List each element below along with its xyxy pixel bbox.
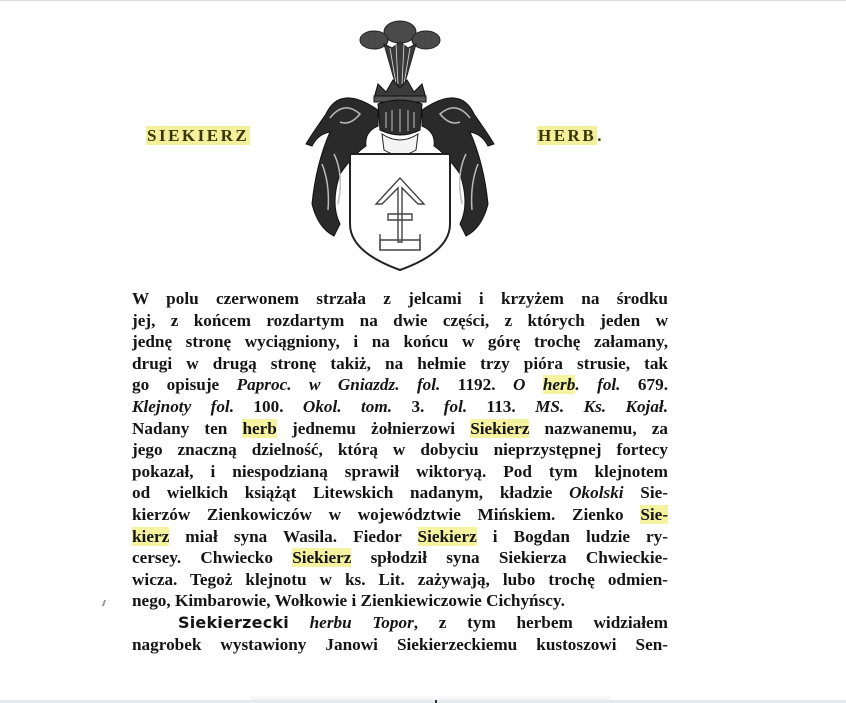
text-line: nego, Kimbarowie, Wołkowie i Zienkiewicz… bbox=[132, 590, 668, 612]
text-segment: spłodził syna Siekierza Chwieckie- bbox=[351, 548, 668, 567]
text-line: pokazał, i niespodzianą sprawił wiktoryą… bbox=[132, 461, 668, 483]
text-segment: i Bogdan ludzie ry- bbox=[477, 527, 668, 546]
text-segment: jednemu żołnierzowi bbox=[277, 419, 470, 438]
text-segment: 100. bbox=[234, 397, 303, 416]
margin-speck bbox=[102, 600, 106, 606]
search-highlight: Siekierz bbox=[418, 527, 477, 546]
text-segment: 679. bbox=[620, 375, 668, 394]
text-line: cersey. Chwiecko Siekierz spłodził syna … bbox=[132, 547, 668, 569]
text-segment: drugi w drugą stronę takiż, na hełmie tr… bbox=[132, 354, 668, 373]
text-segment: kierzów Zienkowiczów w województwie Mińs… bbox=[132, 505, 640, 524]
italic-citation: Klejnoty fol. bbox=[132, 397, 234, 416]
text-segment: cersey. Chwiecko bbox=[132, 548, 292, 567]
italic-citation: Paproc. w Gniazdz. fol. bbox=[237, 375, 441, 394]
text-segment: nazwanemu, za bbox=[529, 419, 668, 438]
text-line: go opisuje Paproc. w Gniazdz. fol. 1192.… bbox=[132, 374, 668, 396]
search-highlight: Siekierz bbox=[292, 548, 351, 567]
text-segment: od wielkich książąt Litewskich nadanym, … bbox=[132, 483, 569, 502]
text-segment: Sie- bbox=[624, 483, 668, 502]
search-highlight: SIEKIERZ bbox=[146, 126, 250, 145]
italic-citation: Okol. tom. bbox=[303, 397, 392, 416]
search-highlight: kierz bbox=[132, 527, 169, 546]
heading-herb: HERB. bbox=[537, 126, 604, 146]
text-segment: 113. bbox=[467, 397, 535, 416]
text-segment: 3. bbox=[392, 397, 444, 416]
text-segment: nego, Kimbarowie, Wołkowie i Zienkiewicz… bbox=[132, 591, 565, 610]
article-body: W polu czerwonem strzała z jelcami i krz… bbox=[132, 288, 668, 655]
text-line: wicza. Tegoż klejnotu w ks. Lit. zażywaj… bbox=[132, 569, 668, 591]
text-line: drugi w drugą stronę takiż, na hełmie tr… bbox=[132, 353, 668, 375]
text-segment: go opisuje bbox=[132, 375, 237, 394]
text-line: jej, z końcem rozdartym na dwie części, … bbox=[132, 310, 668, 332]
text-segment: nagrobek wystawiony Janowi Siekierzeckie… bbox=[132, 635, 668, 654]
text-segment: Nadany ten bbox=[132, 419, 242, 438]
italic-citation: . fol. bbox=[575, 375, 620, 394]
text-segment: jego znaczną dzielność, którą w dobyciu … bbox=[132, 440, 668, 459]
text-segment: Siekierzecki bbox=[178, 613, 289, 632]
text-line: W polu czerwonem strzała z jelcami i krz… bbox=[132, 288, 668, 310]
heading-period: . bbox=[597, 126, 604, 145]
text-line: nagrobek wystawiony Janowi Siekierzeckie… bbox=[132, 634, 668, 656]
italic-citation: fol. bbox=[444, 397, 467, 416]
text-line: jego znaczną dzielność, którą w dobyciu … bbox=[132, 439, 668, 461]
search-highlight: herb bbox=[543, 375, 575, 394]
search-highlight: HERB bbox=[537, 126, 597, 145]
coat-of-arms-image bbox=[300, 14, 500, 276]
text-segment: jej, z końcem rozdartym na dwie części, … bbox=[132, 311, 668, 330]
text-segment: 1192. bbox=[440, 375, 513, 394]
text-segment: W polu czerwonem strzała z jelcami i krz… bbox=[132, 289, 668, 308]
text-line: Siekierzecki herbu Topor, z tym herbem w… bbox=[132, 612, 668, 634]
text-segment: miał syna Wasila. Fiedor bbox=[169, 527, 417, 546]
text-line: kierz miał syna Wasila. Fiedor Siekierz … bbox=[132, 526, 668, 548]
text-segment: , z tym herbem widziałem bbox=[414, 613, 668, 632]
italic-citation: herbu Topor bbox=[310, 613, 414, 632]
text-line: Nadany ten herb jednemu żołnierzowi Siek… bbox=[132, 418, 668, 440]
text-line: jednę stronę wyciągniony, i na końcu w g… bbox=[132, 331, 668, 353]
coat-of-arms-icon bbox=[300, 14, 500, 276]
italic-citation: O bbox=[513, 375, 543, 394]
search-highlight: Sie- bbox=[640, 505, 668, 524]
italic-citation: Okolski bbox=[569, 483, 623, 502]
text-segment: pokazał, i niespodzianą sprawił wiktoryą… bbox=[132, 462, 668, 481]
search-highlight: herb bbox=[242, 419, 276, 438]
italic-citation: MS. Ks. Kojał. bbox=[535, 397, 668, 416]
top-border bbox=[0, 0, 846, 1]
heading-surname: SIEKIERZ bbox=[146, 126, 250, 146]
search-highlight: Siekierz bbox=[470, 419, 529, 438]
text-line: od wielkich książąt Litewskich nadanym, … bbox=[132, 482, 668, 504]
text-segment bbox=[289, 613, 310, 632]
text-line: Klejnoty fol. 100. Okol. tom. 3. fol. 11… bbox=[132, 396, 668, 418]
text-segment: jednę stronę wyciągniony, i na końcu w g… bbox=[132, 332, 668, 351]
text-line: kierzów Zienkowiczów w województwie Mińs… bbox=[132, 504, 668, 526]
text-segment: wicza. Tegoż klejnotu w ks. Lit. zażywaj… bbox=[132, 570, 668, 589]
